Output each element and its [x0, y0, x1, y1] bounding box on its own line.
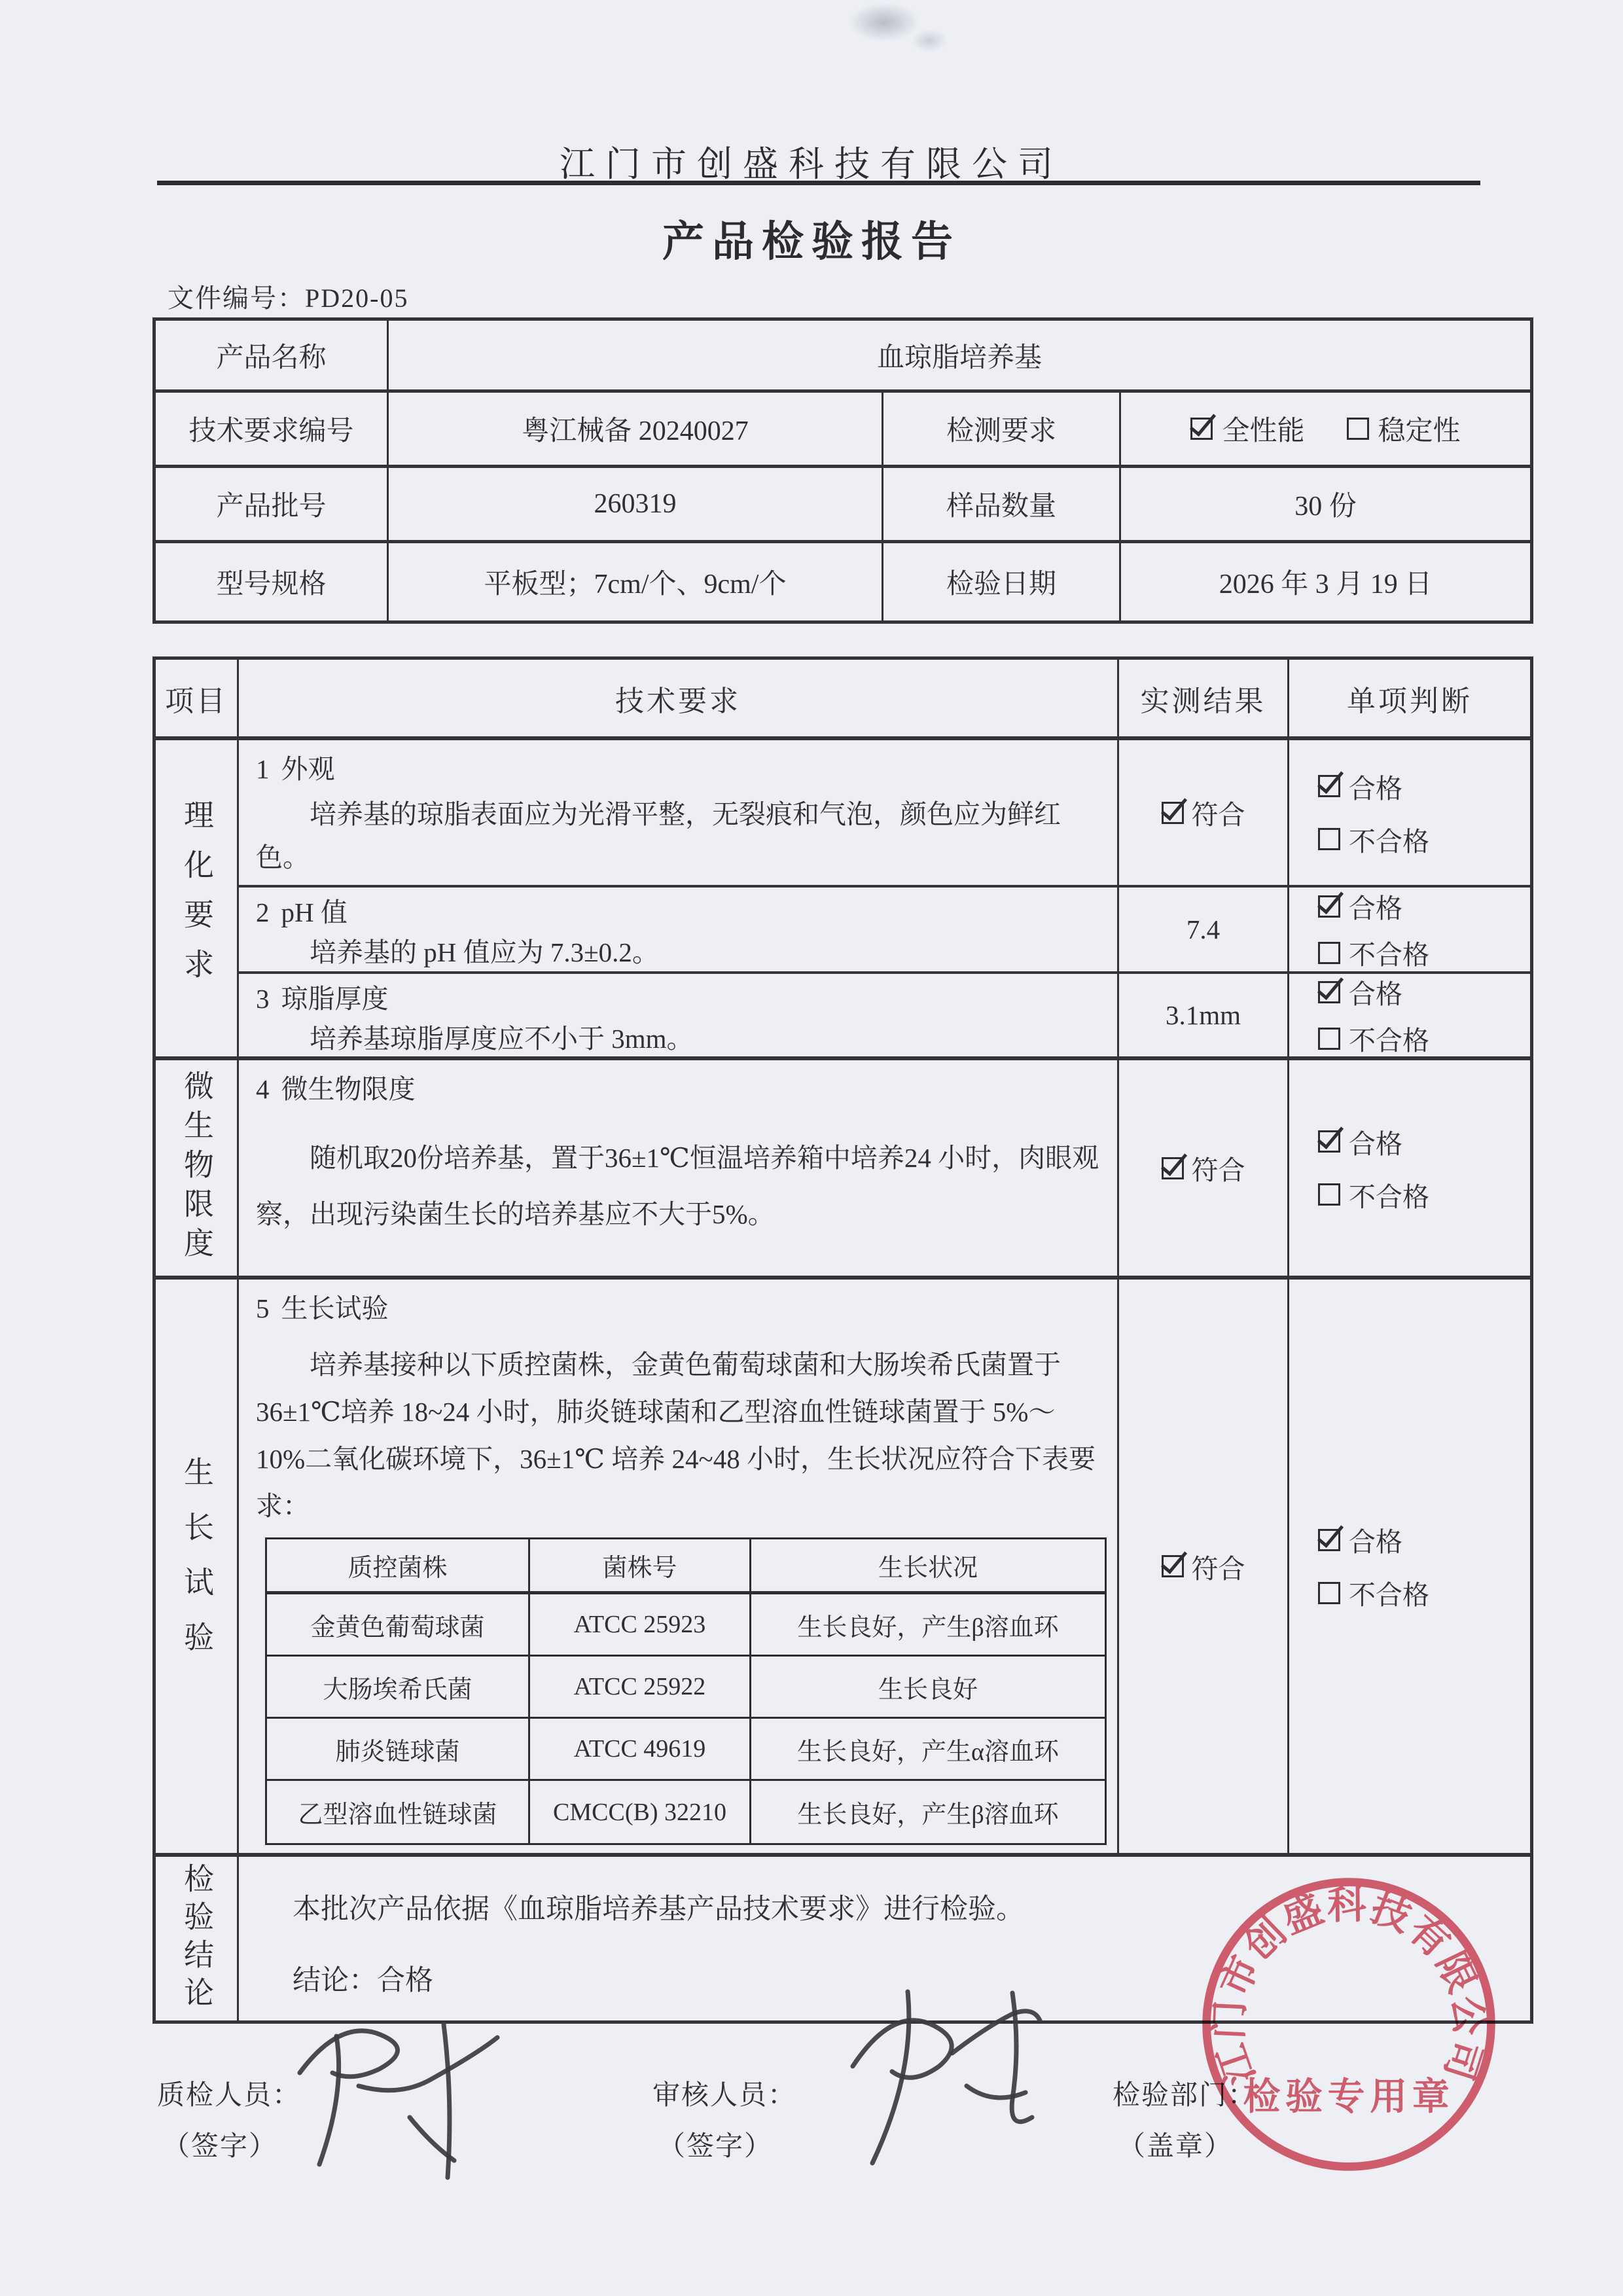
- ph-requirement: 2pH 值 培养基的 pH 值应为 7.3±0.2。: [239, 888, 1119, 974]
- fail-label: 不合格: [1349, 933, 1429, 972]
- ph-result: 7.4: [1119, 888, 1289, 974]
- group-physical: 理化要求: [156, 740, 239, 1060]
- report-title: 产品检验报告: [0, 208, 1623, 268]
- conform-label: 符合: [1192, 793, 1245, 832]
- title-rule: [157, 181, 1480, 185]
- model-spec-value: 平板型；7cm/个、9cm/个: [389, 543, 883, 620]
- sample-qty-value: 30 份: [1121, 468, 1530, 543]
- growth-title: 5生长试验: [256, 1289, 1100, 1328]
- svg-text:江门市创盛科技有限公司: 江门市创盛科技有限公司: [1207, 1884, 1490, 2090]
- inspection-stamp: 江门市创盛科技有限公司 检验专用章: [1195, 1871, 1503, 2178]
- pass-label: 合格: [1349, 973, 1402, 1011]
- pass-line: 合格: [1318, 767, 1402, 806]
- stamp-company-text: 江门市创盛科技有限公司: [1207, 1884, 1490, 2090]
- inspection-table: 项目 技术要求 实测结果 单项判断 理化要求 1外观 培养基的琼脂表面应为光滑平…: [152, 656, 1533, 2024]
- conform-checkbox: [1162, 802, 1184, 824]
- reviewer-signature-label: 审核人员：: [652, 2073, 796, 2113]
- growth-paragraph: 培养基接种以下质控菌株，金黄色葡萄球菌和大肠埃希氏菌置于 36±1℃培养 18~…: [256, 1341, 1100, 1530]
- pass-line: 合格: [1318, 887, 1402, 925]
- full-performance-option: 全性能: [1190, 409, 1304, 448]
- pass-checkbox: [1318, 895, 1340, 918]
- growth-result: 符合: [1119, 1280, 1289, 1857]
- pass-checkbox: [1318, 775, 1340, 797]
- fail-checkbox: [1318, 1582, 1340, 1604]
- pass-line: 合格: [1318, 973, 1402, 1011]
- pass-line: 合格: [1318, 1122, 1402, 1161]
- header-judgment: 单项判断: [1289, 660, 1530, 740]
- model-spec-label: 型号规格: [156, 543, 389, 620]
- strain-name: 肺炎链球菌: [267, 1719, 530, 1781]
- stability-checkbox: [1347, 418, 1369, 440]
- conform-label: 符合: [1192, 1547, 1245, 1586]
- agar-title-text: 琼脂厚度: [281, 984, 389, 1014]
- group-growth: 生长试验: [156, 1280, 239, 1857]
- group-micro: 微生物限度: [156, 1060, 239, 1280]
- fail-line: 不合格: [1318, 933, 1429, 972]
- appearance-title-text: 外观: [281, 754, 335, 784]
- group-conclusion-label: 检验结论: [175, 1863, 218, 2015]
- reviewer-signature-sub: （签字）: [652, 2125, 796, 2164]
- company-name: 江门市创盛科技有限公司: [0, 136, 1623, 187]
- strain-id: ATCC 25922: [530, 1657, 751, 1719]
- micro-title-text: 微生物限度: [281, 1074, 416, 1104]
- sample-qty-label: 样品数量: [883, 468, 1121, 543]
- appearance-no: 1: [256, 754, 270, 784]
- full-performance-checkbox: [1190, 418, 1213, 440]
- pass-checkbox: [1318, 1529, 1340, 1551]
- appearance-req-text: 培养基的琼脂表面应为光滑平整，无裂痕和气泡，颜色应为鲜红色。: [256, 793, 1100, 879]
- batch-no-value: 260319: [389, 468, 883, 543]
- pass-label: 合格: [1349, 1122, 1402, 1161]
- micro-result: 符合: [1119, 1060, 1289, 1280]
- ph-title-text: pH 值: [281, 897, 348, 927]
- agar-no: 3: [256, 984, 270, 1014]
- fail-line: 不合格: [1318, 1019, 1429, 1058]
- agar-req-text: 培养基琼脂厚度应不小于 3mm。: [256, 1020, 1100, 1058]
- growth-status: 生长良好，产生β溶血环: [751, 1594, 1105, 1657]
- appearance-requirement: 1外观 培养基的琼脂表面应为光滑平整，无裂痕和气泡，颜色应为鲜红色。: [239, 740, 1119, 888]
- fail-checkbox: [1318, 1183, 1340, 1206]
- tech-req-value: 粤江械备 20240027: [389, 393, 883, 468]
- group-growth-label: 生长试验: [175, 1456, 218, 1676]
- stability-label: 稳定性: [1378, 409, 1461, 448]
- scan-smudge: [911, 29, 948, 52]
- strain-name: 金黄色葡萄球菌: [267, 1594, 530, 1657]
- status-header: 生长状况: [751, 1539, 1105, 1594]
- doc-number-label: 文件编号：: [168, 283, 305, 313]
- tech-req-label: 技术要求编号: [156, 393, 389, 468]
- qc-signature-block: 质检人员： （签字）: [157, 2073, 301, 2164]
- agar-result-value: 3.1mm: [1166, 999, 1241, 1031]
- fail-label: 不合格: [1349, 1019, 1429, 1058]
- strain-name: 乙型溶血性链球菌: [267, 1781, 530, 1843]
- group-physical-label: 理化要求: [175, 799, 218, 998]
- qc-signature-scribble: [281, 2000, 504, 2202]
- doc-number-value: PD20-05: [305, 283, 408, 313]
- appearance-judgment: 合格 不合格: [1289, 740, 1530, 888]
- report-page: 江门市创盛科技有限公司 产品检验报告 文件编号：PD20-05 产品名称 血琼脂…: [0, 0, 1623, 2296]
- micro-judgment: 合格 不合格: [1289, 1060, 1530, 1280]
- pass-line: 合格: [1318, 1520, 1402, 1559]
- pass-checkbox: [1318, 981, 1340, 1003]
- appearance-result: 符合: [1119, 740, 1289, 888]
- growth-status: 生长良好，产生β溶血环: [751, 1781, 1105, 1843]
- stamp-center-text: 检验专用章: [1243, 2076, 1454, 2117]
- ph-result-value: 7.4: [1186, 914, 1220, 945]
- growth-status: 生长良好，产生α溶血环: [751, 1719, 1105, 1781]
- product-name-value: 血琼脂培养基: [389, 321, 1530, 393]
- fail-label: 不合格: [1349, 1175, 1429, 1214]
- agar-judgment: 合格 不合格: [1289, 974, 1530, 1060]
- strain-header: 质控菌株: [267, 1539, 530, 1594]
- inspect-date-value: 2026 年 3 月 19 日: [1121, 543, 1530, 620]
- growth-status: 生长良好: [751, 1657, 1105, 1719]
- strain-id: ATCC 49619: [530, 1719, 751, 1781]
- group-micro-label: 微生物限度: [175, 1070, 218, 1266]
- micro-req-text: 随机取20份培养基，置于36±1℃恒温培养箱中培养24 小时，肉眼观察，出现污染…: [256, 1130, 1100, 1242]
- batch-no-label: 产品批号: [156, 468, 389, 543]
- product-info-table: 产品名称 血琼脂培养基 技术要求编号 粤江械备 20240027 检测要求 全性…: [152, 317, 1533, 624]
- qc-signature-label: 质检人员：: [157, 2073, 301, 2113]
- micro-no: 4: [256, 1074, 270, 1104]
- conform-checkbox: [1162, 1157, 1184, 1179]
- strain-name: 大肠埃希氏菌: [267, 1657, 530, 1719]
- reviewer-signature-block: 审核人员： （签字）: [652, 2073, 796, 2164]
- fail-checkbox: [1318, 828, 1340, 850]
- fail-checkbox: [1318, 1028, 1340, 1050]
- strain-id: ATCC 25923: [530, 1594, 751, 1657]
- ph-judgment: 合格 不合格: [1289, 888, 1530, 974]
- product-name-label: 产品名称: [156, 321, 389, 393]
- agar-title: 3琼脂厚度: [256, 979, 1100, 1018]
- test-req-options: 全性能 稳定性: [1121, 393, 1530, 468]
- ph-req-text: 培养基的 pH 值应为 7.3±0.2。: [256, 933, 1100, 971]
- agar-result: 3.1mm: [1119, 974, 1289, 1060]
- growth-requirement: 5生长试验 培养基接种以下质控菌株，金黄色葡萄球菌和大肠埃希氏菌置于 36±1℃…: [239, 1280, 1119, 1857]
- appearance-title: 1外观: [256, 749, 1100, 789]
- fail-label: 不合格: [1349, 820, 1429, 859]
- fail-checkbox: [1318, 942, 1340, 964]
- stability-option: 稳定性: [1347, 409, 1461, 448]
- fail-line: 不合格: [1318, 1175, 1429, 1214]
- inspect-date-label: 检验日期: [883, 543, 1121, 620]
- pass-label: 合格: [1349, 767, 1402, 806]
- growth-strain-table: 质控菌株 菌株号 生长状况 金黄色葡萄球菌 ATCC 25923 生长良好，产生…: [265, 1537, 1107, 1845]
- group-conclusion: 检验结论: [156, 1857, 239, 2020]
- pass-label: 合格: [1349, 887, 1402, 925]
- growth-no: 5: [256, 1293, 270, 1323]
- header-result: 实测结果: [1119, 660, 1289, 740]
- qc-signature-sub: （签字）: [157, 2125, 301, 2164]
- growth-judgment: 合格 不合格: [1289, 1280, 1530, 1857]
- ph-title: 2pH 值: [256, 893, 1100, 932]
- test-req-label: 检测要求: [883, 393, 1121, 468]
- fail-line: 不合格: [1318, 820, 1429, 859]
- full-performance-label: 全性能: [1222, 409, 1304, 448]
- header-requirement: 技术要求: [239, 660, 1119, 740]
- header-item: 项目: [156, 660, 239, 740]
- micro-title: 4微生物限度: [256, 1069, 1100, 1109]
- pass-checkbox: [1318, 1130, 1340, 1153]
- doc-number: 文件编号：PD20-05: [168, 278, 408, 315]
- pass-label: 合格: [1349, 1520, 1402, 1559]
- conform-label: 符合: [1192, 1149, 1245, 1187]
- growth-title-text: 生长试验: [281, 1293, 389, 1323]
- strain-id-header: 菌株号: [530, 1539, 751, 1594]
- fail-line: 不合格: [1318, 1573, 1429, 1612]
- fail-label: 不合格: [1349, 1573, 1429, 1612]
- micro-requirement: 4微生物限度 随机取20份培养基，置于36±1℃恒温培养箱中培养24 小时，肉眼…: [239, 1060, 1119, 1280]
- conform-checkbox: [1162, 1555, 1184, 1577]
- strain-id: CMCC(B) 32210: [530, 1781, 751, 1843]
- ph-no: 2: [256, 897, 270, 927]
- agar-requirement: 3琼脂厚度 培养基琼脂厚度应不小于 3mm。: [239, 974, 1119, 1060]
- scan-smudge: [848, 3, 920, 42]
- reviewer-signature-scribble: [815, 1967, 1096, 2186]
